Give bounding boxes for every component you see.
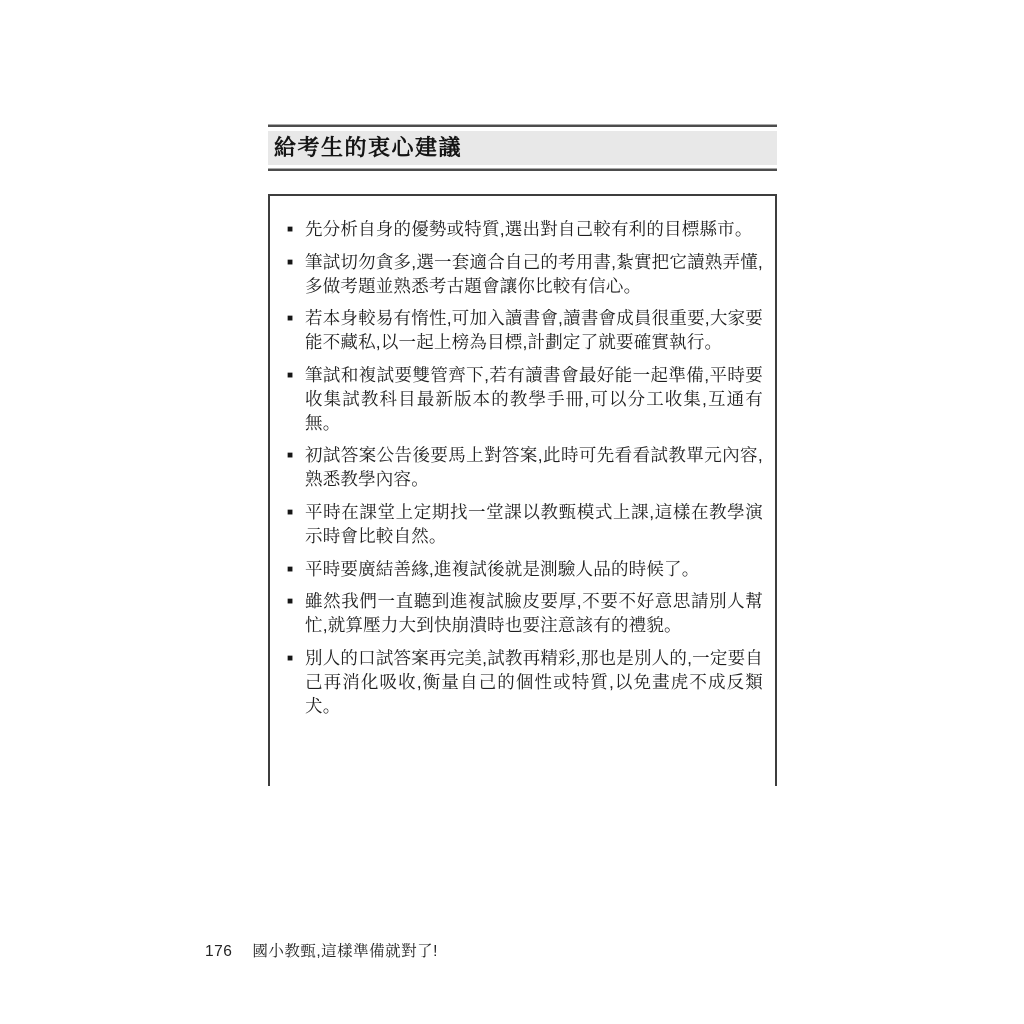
advice-list-item: ■ 雖然我們一直聽到進複試臉皮要厚,不要不好意思請別人幫忙,就算壓力大到快崩潰時… xyxy=(287,590,763,638)
advice-item-text: 別人的口試答案再完美,試教再精彩,那也是別人的,一定要自己再消化吸收,衡量自己的… xyxy=(305,647,763,718)
advice-item-text: 雖然我們一直聽到進複試臉皮要厚,不要不好意思請別人幫忙,就算壓力大到快崩潰時也要… xyxy=(305,590,763,638)
book-page: 給考生的衷心建議 ■ 先分析自身的優勢或特質,選出對自己較有利的目標縣市。 ■ … xyxy=(0,0,1024,1024)
advice-list-item: ■ 筆試切勿貪多,選一套適合自己的考用書,紮實把它讀熟弄懂,多做考題並熟悉考古題… xyxy=(287,251,763,299)
section-header: 給考生的衷心建議 xyxy=(268,124,777,171)
page-number: 176 xyxy=(205,943,232,961)
advice-list-item: ■ 平時要廣結善緣,進複試後就是測驗人品的時候了。 xyxy=(287,558,763,582)
square-bullet-icon: ■ xyxy=(287,218,305,242)
page-footer: 176 國小教甄,這樣準備就對了! xyxy=(205,939,438,961)
advice-box: ■ 先分析自身的優勢或特質,選出對自己較有利的目標縣市。 ■ 筆試切勿貪多,選一… xyxy=(268,194,777,786)
square-bullet-icon: ■ xyxy=(287,364,305,388)
bottom-horizontal-rule xyxy=(268,168,777,171)
top-horizontal-rule xyxy=(268,124,777,127)
advice-item-text: 筆試和複試要雙管齊下,若有讀書會最好能一起準備,平時要收集試教科目最新版本的教學… xyxy=(305,364,763,435)
advice-item-text: 初試答案公告後要馬上對答案,此時可先看看試教單元內容,熟悉教學內容。 xyxy=(305,444,763,492)
advice-item-text: 平時在課堂上定期找一堂課以教甄模式上課,這樣在教學演示時會比較自然。 xyxy=(305,501,763,549)
square-bullet-icon: ■ xyxy=(287,558,305,582)
advice-list-item: ■ 若本身較易有惰性,可加入讀書會,讀書會成員很重要,大家要能不藏私,以一起上榜… xyxy=(287,307,763,355)
square-bullet-icon: ■ xyxy=(287,590,305,614)
advice-item-text: 平時要廣結善緣,進複試後就是測驗人品的時候了。 xyxy=(305,558,763,582)
square-bullet-icon: ■ xyxy=(287,444,305,468)
advice-list-item: ■ 筆試和複試要雙管齊下,若有讀書會最好能一起準備,平時要收集試教科目最新版本的… xyxy=(287,364,763,435)
page-title: 給考生的衷心建議 xyxy=(268,131,777,165)
advice-item-text: 先分析自身的優勢或特質,選出對自己較有利的目標縣市。 xyxy=(305,218,763,242)
advice-item-text: 筆試切勿貪多,選一套適合自己的考用書,紮實把它讀熟弄懂,多做考題並熟悉考古題會讓… xyxy=(305,251,763,299)
advice-list-item: ■ 別人的口試答案再完美,試教再精彩,那也是別人的,一定要自己再消化吸收,衡量自… xyxy=(287,647,763,718)
advice-list-item: ■ 初試答案公告後要馬上對答案,此時可先看看試教單元內容,熟悉教學內容。 xyxy=(287,444,763,492)
square-bullet-icon: ■ xyxy=(287,307,305,331)
book-title: 國小教甄,這樣準備就對了! xyxy=(252,939,438,961)
square-bullet-icon: ■ xyxy=(287,501,305,525)
advice-list-item: ■ 平時在課堂上定期找一堂課以教甄模式上課,這樣在教學演示時會比較自然。 xyxy=(287,501,763,549)
square-bullet-icon: ■ xyxy=(287,647,305,671)
advice-item-text: 若本身較易有惰性,可加入讀書會,讀書會成員很重要,大家要能不藏私,以一起上榜為目… xyxy=(305,307,763,355)
advice-list-item: ■ 先分析自身的優勢或特質,選出對自己較有利的目標縣市。 xyxy=(287,218,763,242)
square-bullet-icon: ■ xyxy=(287,251,305,275)
